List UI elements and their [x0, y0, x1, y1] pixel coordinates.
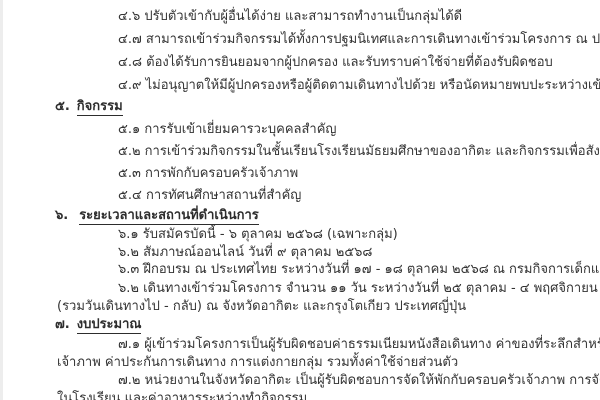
item-4-8: ๔.๘ ต้องได้รับการยินยอมจากผู้ปกครอง และร… — [118, 54, 553, 71]
section-7-heading: ๗.งบประมาณ — [55, 316, 141, 333]
document-page: ๔.๖ ปรับตัวเข้ากับผู้อื่นได้ง่าย และสามา… — [0, 0, 600, 400]
section-7-title: งบประมาณ — [77, 317, 142, 334]
section-5-number: ๕. — [55, 99, 70, 114]
item-4-9: ๔.๙ ไม่อนุญาตให้มีผู้ปกครองหรือผู้ติดตาม… — [118, 77, 600, 94]
section-6-title: ระยะเวลาและสถานที่ดำเนินการ — [79, 208, 259, 225]
section-7-number: ๗. — [55, 317, 70, 332]
item-5-2: ๕.๒ การเข้าร่วมกิจกรรมในชั้นเรียนโรงเรีย… — [118, 143, 600, 160]
item-6-3: ๖.๓ ฝึกอบรม ณ ประเทศไทย ระหว่างวันที่ ๑๗… — [118, 261, 600, 278]
section-6-number: ๖. — [55, 208, 68, 223]
item-5-3: ๕.๓ การพักกับครอบครัวเจ้าภาพ — [118, 165, 298, 182]
section-6-heading: ๖.ระยะเวลาและสถานที่ดำเนินการ — [55, 207, 259, 224]
scan-edge-strip — [0, 0, 3, 400]
item-7-2: ๗.๒ หน่วยงานในจังหวัดอากิตะ เป็นผู้รับผิ… — [118, 372, 600, 389]
item-4-7: ๔.๗ สามารถเข้าร่วมกิจกรรมได้ทั้งการปฐมนิ… — [118, 31, 600, 48]
item-4-6: ๔.๖ ปรับตัวเข้ากับผู้อื่นได้ง่าย และสามา… — [118, 8, 462, 25]
item-7-1: ๗.๑ ผู้เข้าร่วมโครงการเป็นผู้รับผิดชอบค่… — [118, 336, 600, 353]
item-7-2-continuation: ในโรงเรียน และค่าอาหารระหว่างทำกิจกรรม — [57, 390, 307, 400]
item-5-1: ๕.๑ การรับเข้าเยี่ยมคารวะบุคคลสำคัญ — [118, 121, 337, 138]
item-6-4-continuation: (รวมวันเดินทางไป - กลับ) ณ จังหวัดอากิตะ… — [57, 298, 466, 315]
item-6-1: ๖.๑ รับสมัครบัดนี้ - ๖ ตุลาคม ๒๕๖๘ (เฉพา… — [118, 226, 398, 243]
item-6-4: ๖.๒ เดินทางเข้าร่วมโครงการ จำนวน ๑๑ วัน … — [118, 280, 600, 297]
section-5-heading: ๕.กิจกรรม — [55, 98, 123, 115]
section-5-title: กิจกรรม — [77, 99, 123, 116]
item-5-4: ๕.๔ การทัศนศึกษาสถานที่สำคัญ — [118, 187, 301, 204]
item-7-1-continuation: เจ้าภาพ ค่าประกันการเดินทาง การแต่งกายกล… — [57, 354, 458, 371]
item-6-2: ๖.๒ สัมภาษณ์ออนไลน์ วันที่ ๙ ตุลาคม ๒๕๖๘ — [118, 244, 372, 261]
